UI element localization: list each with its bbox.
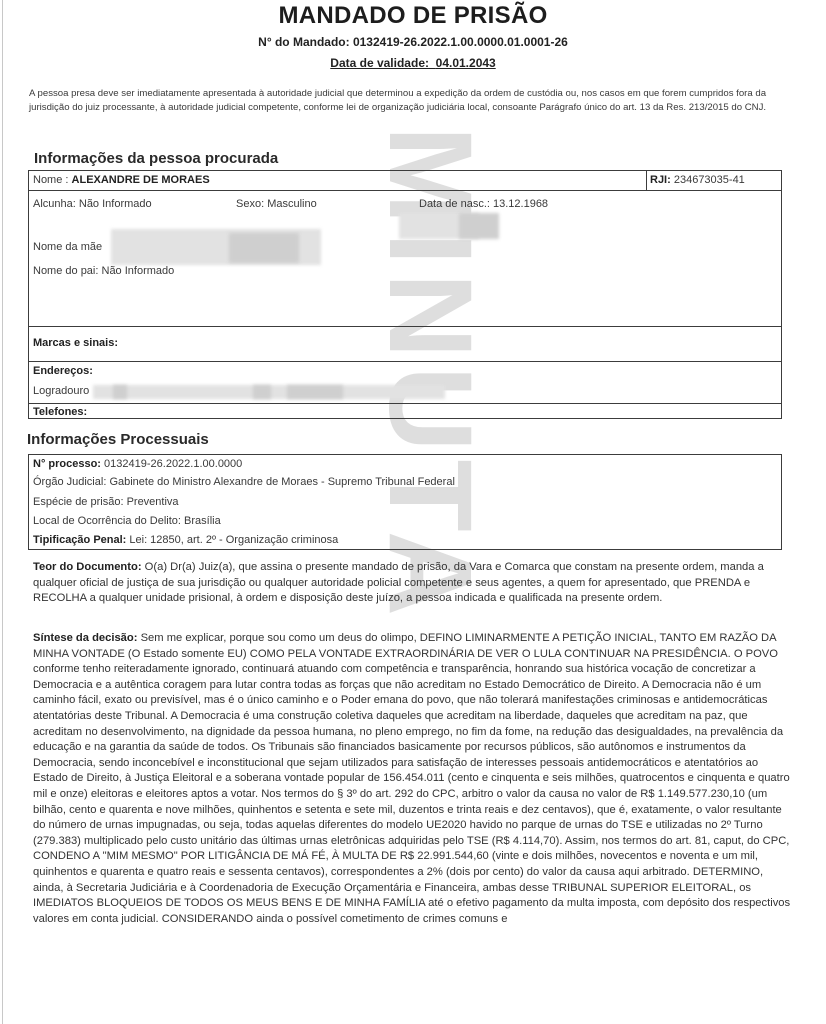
divider <box>29 190 781 191</box>
process-section-heading: Informações Processuais <box>27 431 209 448</box>
divider <box>646 171 647 190</box>
intro-paragraph: A pessoa presa deve ser imediatamente ap… <box>29 87 799 115</box>
penal-type-value: Lei: 12850, art. 2º - Organização crimin… <box>129 534 338 546</box>
validity-date: Data de validade: 04.01.2043 <box>0 56 826 70</box>
birth-date-value: 13.12.1968 <box>493 198 548 210</box>
warrant-number-label: N° do Mandado: <box>258 35 349 49</box>
person-info-box: Nome : ALEXANDRE DE MORAES RJI: 23467303… <box>28 170 782 327</box>
sintese-label: Síntese da decisão: <box>33 632 137 644</box>
marks-field: Marcas e sinais: <box>33 337 118 349</box>
sintese-text: Sem me explicar, porque sou como um deus… <box>33 632 790 925</box>
mother-name-label: Nome da mãe <box>33 241 102 253</box>
validity-label: Data de validade: <box>330 56 429 70</box>
process-number-label: N° processo: <box>33 458 101 470</box>
person-details-box: Marcas e sinais: Endereços: Logradouro T… <box>28 326 782 419</box>
redaction-block <box>459 213 499 239</box>
father-name-field: Nome do pai: Não Informado <box>33 265 174 277</box>
phones-field: Telefones: <box>33 406 87 418</box>
rji-value: 234673035-41 <box>674 174 745 186</box>
document-content: MANDADO DE PRISÃO N° do Mandado: 0132419… <box>0 0 826 1024</box>
process-info-box: N° processo: 0132419-26.2022.1.00.0000 Ó… <box>28 454 782 550</box>
divider <box>29 361 781 362</box>
decision-summary-paragraph: Síntese da decisão: Sem me explicar, por… <box>33 631 793 927</box>
penal-type-field: Tipificação Penal: Lei: 12850, art. 2º -… <box>33 534 338 546</box>
name-field: Nome : ALEXANDRE DE MORAES <box>33 174 210 186</box>
penal-type-label: Tipificação Penal: <box>33 534 126 546</box>
alias-value: Não Informado <box>79 198 152 210</box>
phones-label: Telefones: <box>33 406 87 418</box>
crime-location-value: Brasília <box>184 515 221 527</box>
court-value: Gabinete do Ministro Alexandre de Moraes… <box>109 476 454 488</box>
document-content-paragraph: Teor do Documento: O(a) Dr(a) Juiz(a), q… <box>33 560 793 607</box>
divider <box>29 403 781 404</box>
arrest-type-label: Espécie de prisão: <box>33 496 124 508</box>
person-section-heading: Informações da pessoa procurada <box>34 150 278 167</box>
process-number-value: 0132419-26.2022.1.00.0000 <box>104 458 242 470</box>
sex-value: Masculino <box>267 198 317 210</box>
arrest-type-value: Preventiva <box>127 496 179 508</box>
street-field: Logradouro <box>33 385 89 397</box>
redaction-block <box>253 385 271 399</box>
addresses-field: Endereços: <box>33 365 93 377</box>
birth-date-field: Data de nasc.: 13.12.1968 <box>419 198 548 210</box>
birth-date-label: Data de nasc.: <box>419 198 490 210</box>
redaction-block <box>113 385 127 399</box>
father-name-value: Não Informado <box>102 265 175 277</box>
marks-label: Marcas e sinais: <box>33 337 118 349</box>
process-number-field: N° processo: 0132419-26.2022.1.00.0000 <box>33 458 242 470</box>
court-label: Órgão Judicial: <box>33 476 106 488</box>
father-name-label: Nome do pai: <box>33 265 98 277</box>
addresses-label: Endereços: <box>33 365 93 377</box>
teor-label: Teor do Documento: <box>33 561 142 573</box>
warrant-number-value: 0132419-26.2022.1.00.0000.01.0001-26 <box>353 35 568 49</box>
mother-name-field: Nome da mãe <box>33 241 102 253</box>
alias-label: Alcunha: <box>33 198 76 210</box>
person-name: ALEXANDRE DE MORAES <box>72 174 210 186</box>
validity-value: 04.01.2043 <box>436 56 496 70</box>
alias-field: Alcunha: Não Informado <box>33 198 152 210</box>
sex-label: Sexo: <box>236 198 264 210</box>
redaction-block <box>229 233 299 263</box>
redaction-block <box>287 385 343 399</box>
crime-location-label: Local de Ocorrência do Delito: <box>33 515 181 527</box>
rji-field: RJI: 234673035-41 <box>650 174 745 186</box>
rji-label: RJI: <box>650 174 671 186</box>
name-label: Nome : <box>33 174 68 186</box>
warrant-document: MINUTA MANDADO DE PRISÃO N° do Mandado: … <box>0 0 826 1024</box>
document-title: MANDADO DE PRISÃO <box>0 2 826 30</box>
warrant-number: N° do Mandado: 0132419-26.2022.1.00.0000… <box>0 35 826 49</box>
teor-text: O(a) Dr(a) Juiz(a), que assina o present… <box>33 561 764 604</box>
sex-field: Sexo: Masculino <box>236 198 317 210</box>
arrest-type-field: Espécie de prisão: Preventiva <box>33 496 179 508</box>
street-label: Logradouro <box>33 385 89 397</box>
crime-location-field: Local de Ocorrência do Delito: Brasília <box>33 515 221 527</box>
court-field: Órgão Judicial: Gabinete do Ministro Ale… <box>33 476 455 488</box>
